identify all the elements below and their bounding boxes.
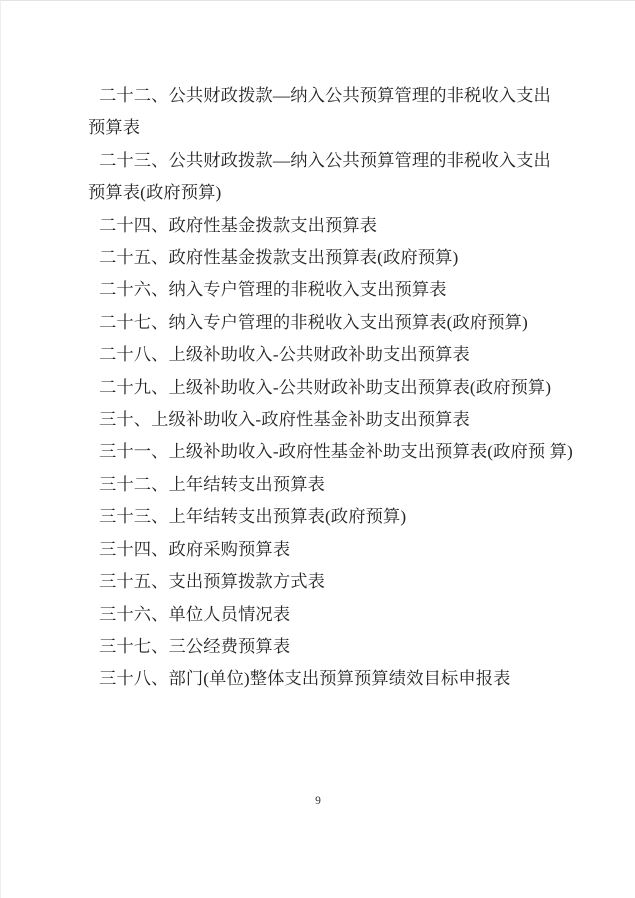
list-item-text: 三十五、支出预算拨款方式表	[88, 566, 566, 598]
list-item-text: 二十六、纳入专户管理的非税收入支出预算表	[88, 274, 566, 306]
list-item: 二十三、公共财政拨款—纳入公共预算管理的非税收入支出预算表(政府预算)	[88, 145, 566, 210]
list-item: 三十八、部门(单位)整体支出预算预算绩效目标申报表	[88, 663, 566, 695]
list-item-text: 三十一、上级补助收入-政府性基金补助支出预算表(政府预 算)	[88, 436, 566, 468]
list-item-text: 二十八、上级补助收入-公共财政补助支出预算表	[88, 339, 566, 371]
list-item: 三十一、上级补助收入-政府性基金补助支出预算表(政府预 算)	[88, 436, 566, 468]
list-item: 二十二、公共财政拨款—纳入公共预算管理的非税收入支出预算表	[88, 80, 566, 145]
list-item-text: 二十四、政府性基金拨款支出预算表	[88, 210, 566, 242]
document-page: 二十二、公共财政拨款—纳入公共预算管理的非税收入支出预算表二十三、公共财政拨款—…	[0, 0, 635, 898]
page-number: 9	[1, 794, 635, 808]
list-item-continuation-text: 预算表	[88, 112, 566, 144]
list-item-text: 二十五、政府性基金拨款支出预算表(政府预算)	[88, 242, 566, 274]
table-list: 二十二、公共财政拨款—纳入公共预算管理的非税收入支出预算表二十三、公共财政拨款—…	[88, 80, 566, 696]
list-item-text: 三十三、上年结转支出预算表(政府预算)	[88, 501, 566, 533]
list-item: 三十、上级补助收入-政府性基金补助支出预算表	[88, 404, 566, 436]
list-item: 二十八、上级补助收入-公共财政补助支出预算表	[88, 339, 566, 371]
list-item: 二十六、纳入专户管理的非税收入支出预算表	[88, 274, 566, 306]
list-item-text: 三十、上级补助收入-政府性基金补助支出预算表	[88, 404, 566, 436]
list-item-text: 三十四、政府采购预算表	[88, 534, 566, 566]
list-item: 二十九、上级补助收入-公共财政补助支出预算表(政府预算)	[88, 372, 566, 404]
list-item: 二十七、纳入专户管理的非税收入支出预算表(政府预算)	[88, 307, 566, 339]
list-item-text: 二十九、上级补助收入-公共财政补助支出预算表(政府预算)	[88, 372, 566, 404]
list-item-text: 三十七、三公经费预算表	[88, 631, 566, 663]
list-item-text: 二十七、纳入专户管理的非税收入支出预算表(政府预算)	[88, 307, 566, 339]
list-item-text: 二十二、公共财政拨款—纳入公共预算管理的非税收入支出	[88, 80, 566, 112]
list-item: 三十三、上年结转支出预算表(政府预算)	[88, 501, 566, 533]
list-item-text: 三十六、单位人员情况表	[88, 599, 566, 631]
list-item: 二十五、政府性基金拨款支出预算表(政府预算)	[88, 242, 566, 274]
list-item-continuation-text: 预算表(政府预算)	[88, 177, 566, 209]
list-item: 三十四、政府采购预算表	[88, 534, 566, 566]
list-item-text: 二十三、公共财政拨款—纳入公共预算管理的非税收入支出	[88, 145, 566, 177]
list-item-text: 三十八、部门(单位)整体支出预算预算绩效目标申报表	[88, 663, 566, 695]
list-item: 三十五、支出预算拨款方式表	[88, 566, 566, 598]
list-item: 三十二、上年结转支出预算表	[88, 469, 566, 501]
list-item: 二十四、政府性基金拨款支出预算表	[88, 210, 566, 242]
list-item: 三十六、单位人员情况表	[88, 599, 566, 631]
list-item-text: 三十二、上年结转支出预算表	[88, 469, 566, 501]
list-item: 三十七、三公经费预算表	[88, 631, 566, 663]
